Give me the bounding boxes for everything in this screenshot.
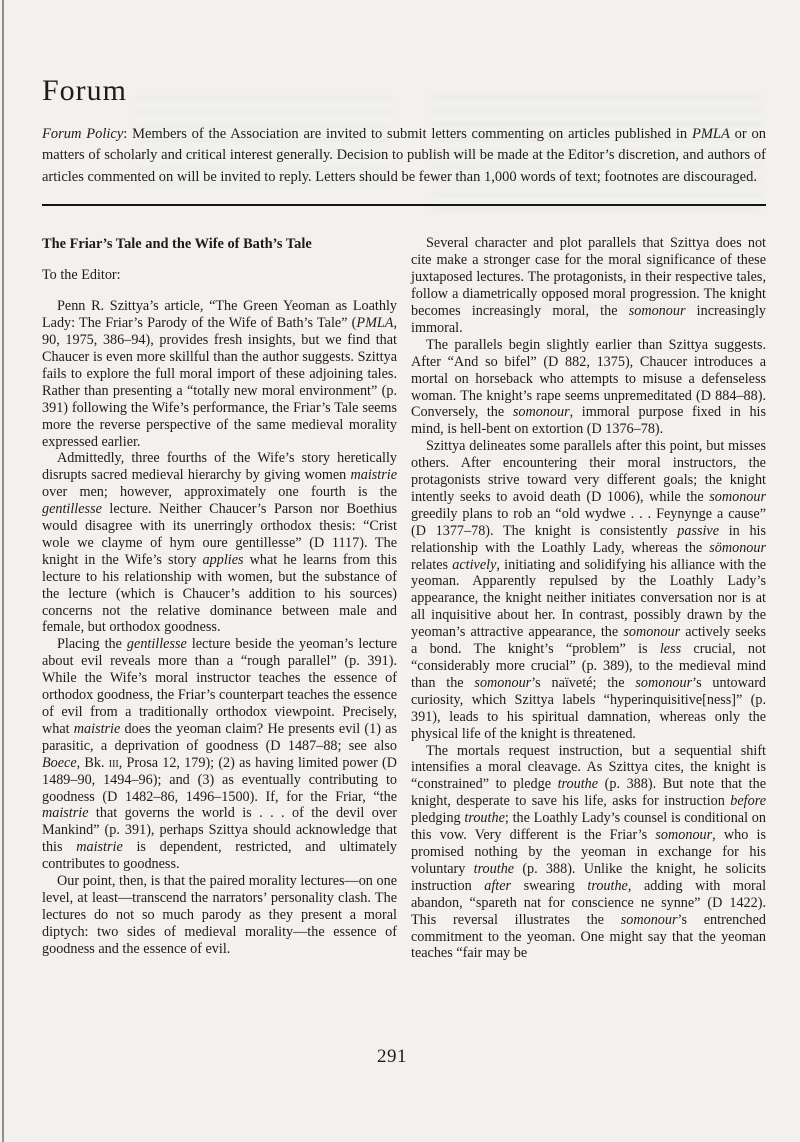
- letter-heading: The Friar’s Tale and the Wife of Bath’s …: [42, 235, 397, 253]
- italic-text: somonour: [629, 303, 686, 319]
- text-run: Penn R. Szittya’s article, “The Green Ye…: [42, 298, 397, 331]
- paragraph: Placing the gentillesse lecture beside t…: [42, 636, 397, 873]
- text-run: pledging: [411, 810, 464, 826]
- italic-text: somonour: [513, 404, 570, 420]
- section-divider: [42, 204, 766, 206]
- forum-policy: Forum Policy: Members of the Association…: [42, 124, 766, 188]
- italic-text: somonour: [709, 489, 766, 505]
- text-run: swearing: [511, 878, 587, 894]
- italic-text: gentillesse: [127, 636, 187, 652]
- salutation: To the Editor:: [42, 267, 397, 284]
- page-content: Forum Forum Policy: Members of the Assoc…: [42, 0, 766, 962]
- italic-text: maistrie: [350, 467, 397, 483]
- paragraph: Our point, then, is that the paired mora…: [42, 873, 397, 958]
- italic-text: somonour: [474, 675, 531, 691]
- paragraph: Several character and plot parallels tha…: [411, 235, 766, 336]
- right-paragraphs: Several character and plot parallels tha…: [411, 235, 766, 962]
- right-column: Several character and plot parallels tha…: [411, 235, 766, 962]
- italic-text: Forum Policy: [42, 126, 123, 142]
- italic-text: maistrie: [76, 839, 123, 855]
- page: Forum Forum Policy: Members of the Assoc…: [0, 0, 800, 1142]
- text-run: over men; however, approximately one fou…: [42, 484, 397, 500]
- italic-text: PMLA: [356, 315, 393, 331]
- scan-edge-line: [2, 0, 4, 1142]
- text-run: ’s naïveté; the: [531, 675, 635, 691]
- italic-text: maistrie: [42, 805, 89, 821]
- italic-text: Boece: [42, 755, 77, 771]
- italic-text: somonour: [635, 675, 692, 691]
- italic-text: passive: [677, 523, 719, 539]
- page-title: Forum: [42, 74, 766, 107]
- italic-text: before: [730, 793, 766, 809]
- italic-text: somonour: [655, 827, 712, 843]
- italic-text: gentillesse: [42, 501, 102, 517]
- italic-text: PMLA: [692, 126, 730, 142]
- left-column: The Friar’s Tale and the Wife of Bath’s …: [42, 235, 397, 962]
- italic-text: maistrie: [74, 721, 121, 737]
- text-run: Our point, then, is that the paired mora…: [42, 873, 397, 957]
- page-number: 291: [0, 1046, 784, 1068]
- italic-text: trouthe: [587, 878, 627, 894]
- italic-text: somonour: [621, 912, 678, 928]
- text-run: : Members of the Association are invited…: [123, 126, 692, 142]
- text-run: relates: [411, 557, 452, 573]
- paragraph: Admittedly, three fourths of the Wife’s …: [42, 450, 397, 636]
- paragraph: Szittya delineates some parallels after …: [411, 438, 766, 742]
- text-run: Admittedly, three fourths of the Wife’s …: [42, 450, 397, 483]
- italic-text: less: [660, 641, 681, 657]
- italic-text: applies: [203, 552, 244, 568]
- paragraph: The parallels begin slightly earlier tha…: [411, 337, 766, 438]
- italic-text: trouthe: [464, 810, 504, 826]
- paragraph: The mortals request instruction, but a s…: [411, 743, 766, 963]
- italic-text: trouthe: [474, 861, 514, 877]
- italic-text: after: [484, 878, 511, 894]
- left-paragraphs: Penn R. Szittya’s article, “The Green Ye…: [42, 298, 397, 957]
- small-caps-text: iii: [109, 755, 119, 771]
- italic-text: somonour: [623, 624, 680, 640]
- italic-text: actively: [452, 557, 496, 573]
- paragraph: Penn R. Szittya’s article, “The Green Ye…: [42, 298, 397, 450]
- text-run: , Bk.: [77, 755, 109, 771]
- letter-columns: The Friar’s Tale and the Wife of Bath’s …: [42, 235, 766, 962]
- italic-text: trouthe: [558, 776, 598, 792]
- italic-text: sömonour: [709, 540, 766, 556]
- text-run: Placing the: [57, 636, 127, 652]
- text-run: , 90, 1975, 386–94), provides fresh insi…: [42, 315, 397, 449]
